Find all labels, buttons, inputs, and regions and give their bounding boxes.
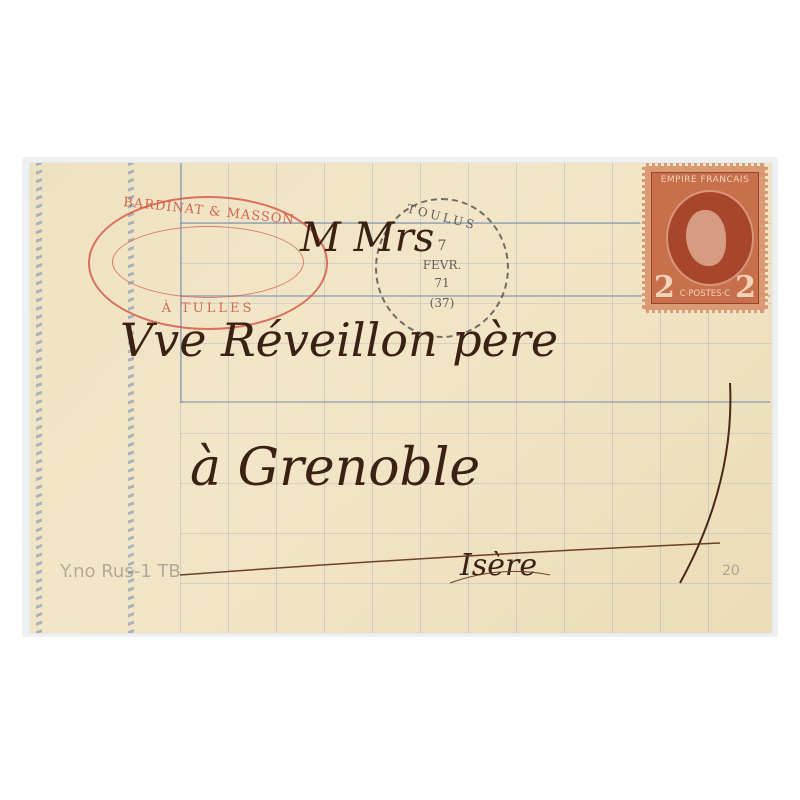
pencil-price-note: 20 [722,563,740,579]
pencil-catalog-note: Y.no Rus-1 TB [60,561,181,582]
postal-cover: BARDINAT & MASSON À TULLES TOULUS 7 FEVR… [30,163,772,633]
